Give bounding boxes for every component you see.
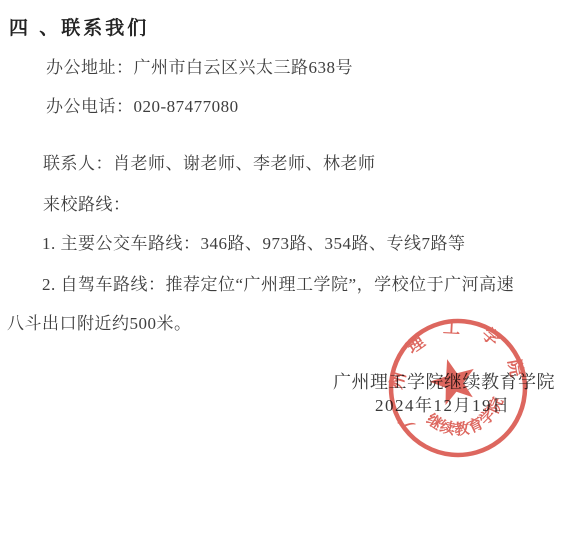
office-address-line: 办公地址：广州市白云区兴太三路638号 [46, 57, 353, 79]
drive-route-line-1: 2. 自驾车路线：推荐定位“广州理工学院”，学校位于广河高速 [42, 274, 514, 296]
contact-persons-line: 联系人：肖老师、谢老师、李老师、林老师 [43, 153, 376, 175]
date-line: 2024年12月19日 [375, 395, 511, 417]
section-heading: 四 、联系我们 [9, 13, 149, 40]
document-page: 四 、联系我们 办公地址：广州市白云区兴太三路638号 办公电话：020-874… [0, 0, 574, 535]
signature-line: 广州理工学院继续教育学院 [333, 371, 555, 393]
bus-route-line: 1. 主要公交车路线：346路、973路、354路、专线7路等 [42, 233, 466, 255]
route-title-line: 来校路线： [43, 194, 131, 216]
drive-route-line-2: 八斗出口附近约500米。 [7, 313, 192, 335]
office-phone-line: 办公电话：020-87477080 [46, 96, 239, 118]
